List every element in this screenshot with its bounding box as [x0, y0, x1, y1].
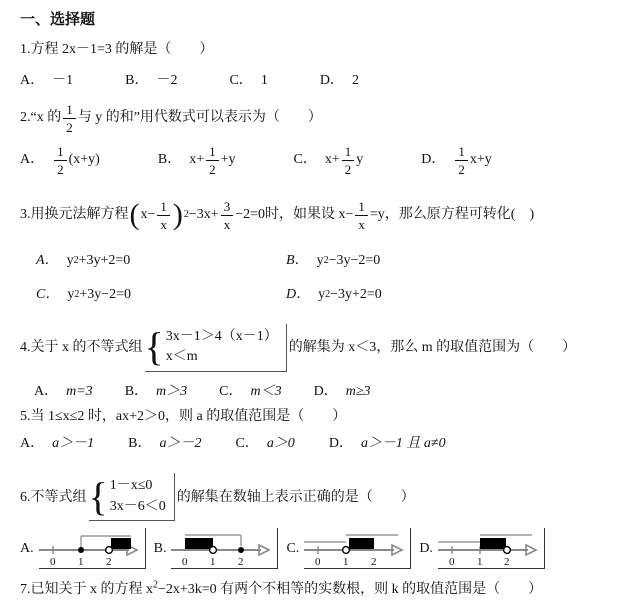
- q4-system-line-2: x＜m: [166, 347, 278, 367]
- q2-option-d-den: 2: [458, 161, 465, 176]
- q6-stem-post: 的解集在数轴上表示正确的是（ ）: [177, 489, 415, 507]
- q1-option-a-text: －1: [52, 72, 73, 90]
- q4-option-d-text: m≥3: [346, 383, 371, 401]
- numberline-a-tick-0: 0: [50, 556, 56, 568]
- q4-brace: {: [145, 331, 164, 363]
- q2-options: A．12(x+y) B．x+12+y C．x+12y D．12x+y: [20, 142, 611, 178]
- q2-option-b: B．x+12+y: [158, 144, 236, 176]
- q2-fraction-num: 1: [63, 102, 76, 119]
- q2-option-b-fraction: 12: [206, 144, 219, 176]
- q3-paren-pre: x−: [141, 206, 156, 224]
- q6-brace: {: [89, 481, 108, 513]
- q3-option-c-label: C．: [36, 286, 59, 304]
- q1-stem: 1.方程 2x－1=3 的解是（ ）: [20, 41, 611, 59]
- q4-system-lines: 3x－1＞4（x－1） x＜m: [166, 327, 278, 368]
- q3-option-a-base: y: [67, 252, 74, 270]
- numberline-c-tick-1: 1: [343, 556, 349, 568]
- q2-option-d-fraction: 12: [455, 144, 468, 176]
- numberline-a: 0 1 2: [39, 528, 146, 569]
- numberline-c-tick-2: 2: [371, 556, 377, 568]
- q6-option-d: D. 0 1 2: [419, 528, 545, 569]
- q3-option-a-rest: +3y+2=0: [79, 252, 131, 270]
- q5-option-b-label: B．: [128, 435, 151, 453]
- q3-option-c: C．y2+3y−2=0: [36, 286, 286, 304]
- q1-option-d: D．2: [320, 72, 359, 90]
- q3-frac3-den: x: [358, 216, 365, 231]
- numberline-d-tick-2: 2: [504, 556, 510, 568]
- q4-option-a-text: m=3: [66, 383, 93, 401]
- q5-options: A．a＞－1 B．a＞－2 C．a＞0 D．a＞－1 且 a≠0: [20, 435, 611, 453]
- exam-page: 一、选择题 1.方程 2x－1=3 的解是（ ） A．－1 B．－2 C．1 D…: [0, 0, 617, 610]
- q6-option-a-label: A.: [20, 540, 34, 558]
- q1-option-d-label: D．: [320, 72, 344, 90]
- q6-option-c: C. 0 1 2: [286, 528, 411, 569]
- q3-stem-pre: 3.用换元法解方程: [20, 206, 129, 224]
- q4-system-line-1: 3x－1＞4（x－1）: [166, 327, 278, 347]
- q5-option-c-text: a＞0: [267, 435, 295, 453]
- q5-option-a: A．a＞－1: [20, 435, 94, 453]
- q6-option-b: B. 0 1 2: [154, 528, 279, 569]
- q2-option-b-label: B．: [158, 151, 181, 169]
- numberline-b-tick-2: 2: [238, 556, 244, 568]
- numberline-b-tick-1: 1: [210, 556, 216, 568]
- q2-option-d: D．12x+y: [421, 144, 492, 176]
- q7-stem-pre: 7.已知关于 x 的方程 x: [20, 582, 153, 597]
- q2-stem: 2.“x 的 12 与 y 的和”用代数式可以表示为（ ）: [20, 98, 611, 138]
- q2-option-d-label: D．: [421, 151, 445, 169]
- q2-stem-pre: 2.“x 的: [20, 109, 61, 127]
- q6-system-line-1: 1－x≤0: [110, 476, 166, 496]
- q3-mid-2: −2=0时，如果设 x−: [235, 206, 353, 224]
- numberline-d-tick-1: 1: [477, 556, 483, 568]
- q5-option-a-label: A．: [20, 435, 44, 453]
- q6-system-lines: 1－x≤0 3x－6＜0: [110, 476, 166, 517]
- q2-option-a-den: 2: [57, 161, 64, 176]
- q2-fraction: 12: [63, 102, 76, 134]
- q2-option-d-post: x+y: [470, 151, 492, 169]
- numberline-a-tick-2: 2: [106, 556, 112, 568]
- q3-fraction-3: 1x: [355, 199, 368, 231]
- q5-option-c: C．a＞0: [235, 435, 294, 453]
- numberline-b-tick-0: 0: [182, 556, 188, 568]
- q5-option-b-text: a＞－2: [159, 435, 201, 453]
- q2-option-a: A．12(x+y): [20, 144, 100, 176]
- q3-option-b-label: B．: [286, 252, 309, 270]
- q2-option-b-pre: x+: [189, 151, 204, 169]
- numberline-d-tick-0: 0: [449, 556, 455, 568]
- q1-option-a: A．－1: [20, 72, 73, 90]
- q6-option-b-label: B.: [154, 540, 167, 558]
- q3-option-d: D．y2−3y+2=0: [286, 286, 611, 304]
- q2-option-d-num: 1: [455, 144, 468, 161]
- q2-option-b-post: +y: [221, 151, 236, 169]
- numberline-d: 0 1 2: [438, 528, 545, 569]
- q3-option-a: A．y2+3y+2=0: [36, 252, 286, 270]
- q1-option-d-text: 2: [352, 72, 359, 90]
- numberline-b: 0 1 2: [171, 528, 278, 569]
- q4-option-c-label: C．: [219, 383, 242, 401]
- q1-option-c-text: 1: [261, 72, 268, 90]
- q2-option-c-pre: x+: [325, 151, 340, 169]
- q2-option-c-post: y: [356, 151, 363, 169]
- q3-fraction-2: 3x: [221, 199, 234, 231]
- q7-stem-post: −2x+3k=0 有两个不相等的实数根，则 k 的取值范围是（ ）: [158, 582, 542, 597]
- q6-stem-pre: 6.不等式组: [20, 489, 87, 507]
- q4-option-c: C．m＜3: [219, 383, 281, 401]
- q6-option-d-label: D.: [419, 540, 433, 558]
- q4-option-a-label: A．: [34, 383, 58, 401]
- q2-option-a-post: (x+y): [69, 151, 100, 169]
- q1-option-b: B．－2: [125, 72, 177, 90]
- section-heading: 一、选择题: [20, 10, 611, 29]
- q6-options: A. 0 1 2 B.: [20, 528, 611, 569]
- q3-frac1-den: x: [160, 216, 167, 231]
- q4-option-c-text: m＜3: [251, 383, 282, 401]
- q4-stem-pre: 4.关于 x 的不等式组: [20, 339, 143, 357]
- q6-system-line-2: 3x－6＜0: [110, 497, 166, 517]
- q2-fraction-den: 2: [66, 119, 73, 134]
- q1-option-b-label: B．: [125, 72, 148, 90]
- q2-option-a-fraction: 12: [54, 144, 67, 176]
- q3-frac2-num: 3: [221, 199, 234, 216]
- q2-option-c-num: 1: [342, 144, 355, 161]
- q5-stem: 5.当 1≤x≤2 时，ax+2＞0，则 a 的取值范围是（ ）: [20, 408, 611, 426]
- q3-option-b-rest: −3y−2=0: [329, 252, 381, 270]
- q4-option-b-label: B．: [125, 383, 148, 401]
- q5-option-d-text: a＞－1 且 a≠0: [361, 435, 446, 453]
- numberline-c-tick-0: 0: [315, 556, 321, 568]
- numberline-a-tick-1: 1: [78, 556, 84, 568]
- q5-option-c-label: C．: [235, 435, 258, 453]
- q4-option-a: A．m=3: [34, 383, 93, 401]
- q5-option-d-label: D．: [329, 435, 353, 453]
- q4-option-b-text: m＞3: [156, 383, 187, 401]
- q4-stem-post: 的解集为 x＜3，那么 m 的取值范围为（ ）: [289, 339, 576, 357]
- numberline-c: 0 1 2: [304, 528, 411, 569]
- q5-option-a-text: a＞－1: [52, 435, 94, 453]
- q4-option-b: B．m＞3: [125, 383, 187, 401]
- q6-stem: 6.不等式组 { 1－x≤0 3x－6＜0 的解集在数轴上表示正确的是（ ）: [20, 472, 611, 522]
- q5-option-b: B．a＞－2: [128, 435, 201, 453]
- q2-option-c: C．x+12y: [294, 144, 364, 176]
- q4-stem: 4.关于 x 的不等式组 { 3x－1＞4（x－1） x＜m 的解集为 x＜3，…: [20, 322, 611, 374]
- q1-option-c: C．1: [229, 72, 267, 90]
- q6-option-a: A. 0 1 2: [20, 528, 146, 569]
- q2-option-a-label: A．: [20, 151, 44, 169]
- q3-option-d-label: D．: [286, 286, 310, 304]
- q3-options: A．y2+3y+2=0 B．y2−3y−2=0 C．y2+3y−2=0 D．y2…: [20, 252, 611, 304]
- q3-option-c-rest: +3y−2=0: [79, 286, 131, 304]
- q2-option-b-den: 2: [209, 161, 216, 176]
- q4-options: A．m=3 B．m＞3 C．m＜3 D．m≥3: [20, 383, 611, 401]
- q7-stem: 7.已知关于 x 的方程 x2−2x+3k=0 有两个不相等的实数根，则 k 的…: [20, 581, 611, 599]
- q3-option-a-label: A．: [36, 252, 59, 270]
- q1-option-a-label: A．: [20, 72, 44, 90]
- q3-stem: 3.用换元法解方程 ( x− 1x )2 −3x+ 3x −2=0时，如果设 x…: [20, 192, 611, 238]
- q5-option-d: D．a＞－1 且 a≠0: [329, 435, 446, 453]
- q2-option-a-num: 1: [54, 144, 67, 161]
- q4-option-d-label: D．: [314, 383, 338, 401]
- q3-option-d-base: y: [318, 286, 325, 304]
- q6-option-c-label: C.: [286, 540, 299, 558]
- q1-option-c-label: C．: [229, 72, 252, 90]
- q3-frac1-num: 1: [157, 199, 170, 216]
- q2-option-c-fraction: 12: [342, 144, 355, 176]
- q1-options: A．－1 B．－2 C．1 D．2: [20, 72, 611, 90]
- q2-option-c-label: C．: [294, 151, 317, 169]
- q3-frac3-num: 1: [355, 199, 368, 216]
- q2-option-c-den: 2: [345, 161, 352, 176]
- q3-fraction-1: 1x: [157, 199, 170, 231]
- q3-option-c-base: y: [67, 286, 74, 304]
- q3-option-d-rest: −3y+2=0: [330, 286, 382, 304]
- q3-frac2-den: x: [224, 216, 231, 231]
- q6-inequality-system-box: { 1－x≤0 3x－6＜0: [89, 473, 175, 521]
- q2-option-b-num: 1: [206, 144, 219, 161]
- q4-option-d: D．m≥3: [314, 383, 371, 401]
- q3-mid-1: −3x+: [189, 206, 219, 224]
- q1-option-b-text: －2: [156, 72, 177, 90]
- q3-option-b: B．y2−3y−2=0: [286, 252, 611, 270]
- q3-option-b-base: y: [317, 252, 324, 270]
- q2-stem-post: 与 y 的和”用代数式可以表示为（ ）: [78, 109, 322, 127]
- q3-stem-post: =y，那么原方程可转化( ): [370, 206, 534, 224]
- q4-inequality-system-box: { 3x－1＞4（x－1） x＜m: [145, 324, 287, 372]
